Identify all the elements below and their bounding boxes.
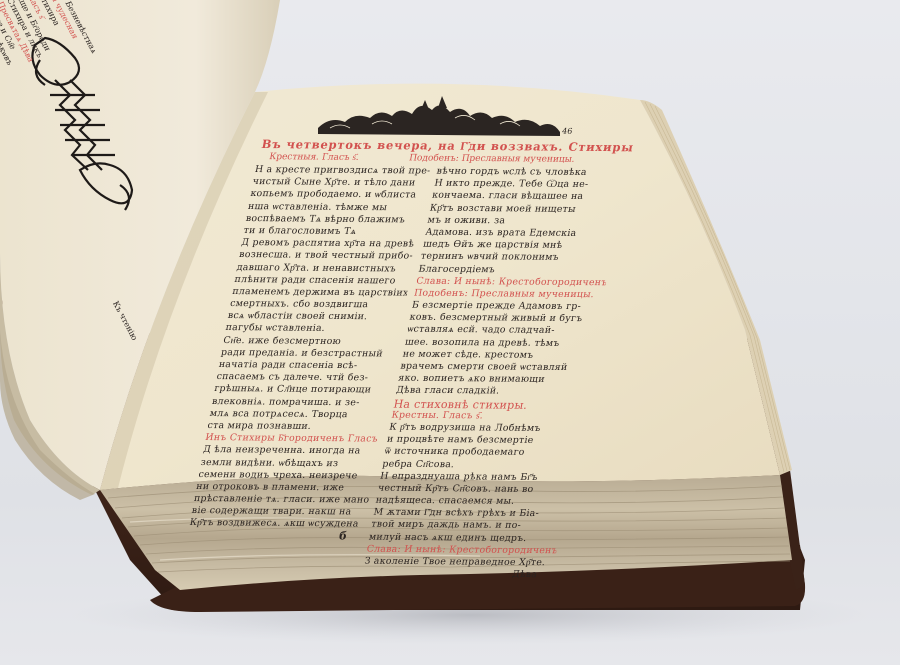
photo-scene: 46 Въ четвертокъ вечера, на Г҃ди воззвах… — [0, 0, 900, 665]
page-subheading-right: Подобенъ: Преславныя мученицы. — [408, 154, 575, 164]
catchword: Дѣва — [361, 569, 553, 583]
right-page: 46 Въ четвертокъ вечера, на Г҃ди воззвах… — [81, 110, 657, 474]
page-subheading-left: Крестныя. Гласъ ѕ҃. — [268, 153, 359, 163]
page-number: 46 — [561, 128, 573, 136]
